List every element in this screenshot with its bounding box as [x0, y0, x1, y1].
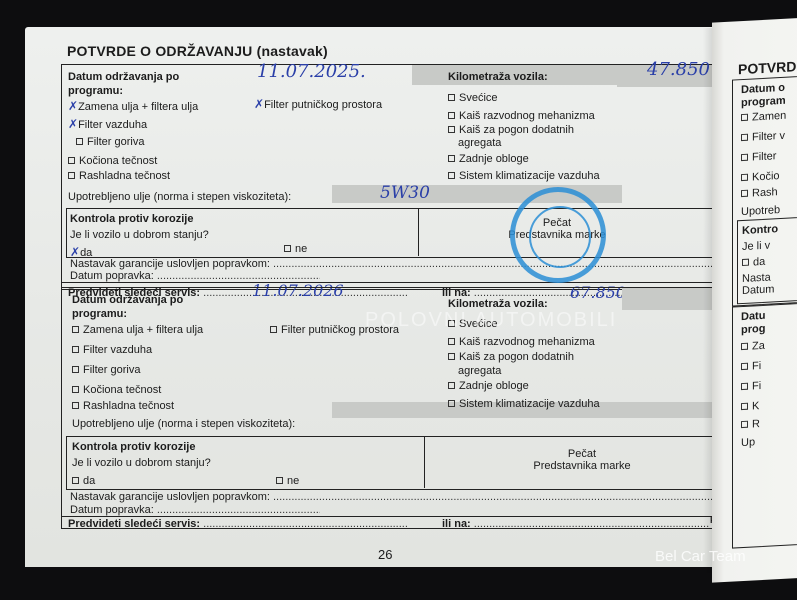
checkbox-ac-system[interactable]: Sistem klimatizacije vazduha: [448, 170, 600, 182]
mileage-value[interactable]: 47.850: [647, 59, 710, 80]
document-page: POTVRDE O ODRŽAVANJU (nastavak) Datum od…: [25, 27, 737, 567]
corrosion-question: Je li vozilo u dobrom stanju?: [70, 229, 209, 241]
warranty-line[interactable]: Nastavak garancije uslovljen popravkom: …: [70, 491, 720, 503]
checkbox-fuel-filter[interactable]: Filter goriva: [72, 364, 140, 376]
text: Datum o: [741, 82, 785, 96]
text: Datu: [741, 310, 765, 323]
checkbox-timing-belt[interactable]: Kaiš razvodnog mehanizma: [448, 110, 595, 122]
oil-label: Upotrebljeno ulje (norma i stepen viskoz…: [68, 191, 291, 203]
divider: [62, 516, 724, 517]
accessory-belt-label-2: agregata: [458, 137, 501, 149]
watermark: Bel Car Team: [655, 548, 746, 565]
maintenance-date-value[interactable]: 11.07.2025.: [257, 61, 366, 82]
checkbox-air-filter[interactable]: ✗Filter vazduha: [68, 117, 147, 131]
text: Upotreb: [741, 204, 780, 218]
text: Fi: [741, 380, 761, 393]
dealer-stamp: [510, 187, 606, 283]
corrosion-question: Je li vozilo u dobrom stanju?: [72, 457, 211, 469]
maintenance-date-label: Datum održavanja po: [72, 294, 183, 306]
text: Zamen: [741, 110, 786, 124]
photo-watermark: POLOVNI AUTOMOBILI: [365, 309, 617, 332]
checkbox-spark-plugs[interactable]: Svećice: [448, 92, 498, 104]
checkbox-rear-pads[interactable]: Zadnje obloge: [448, 380, 529, 392]
text: Up: [741, 436, 755, 449]
corrosion-divider: [424, 436, 425, 488]
corrosion-yes[interactable]: da: [72, 475, 95, 487]
checkbox-accessory-belt[interactable]: Kaiš za pogon dodatnih: [448, 124, 574, 136]
oil-value[interactable]: 5W30: [380, 183, 430, 203]
checkbox-accessory-belt[interactable]: Kaiš za pogon dodatnih: [448, 351, 574, 363]
checkbox-ac-system[interactable]: Sistem klimatizacije vazduha: [448, 398, 600, 410]
checkbox-timing-belt[interactable]: Kaiš razvodnog mehanizma: [448, 336, 595, 348]
checkbox-coolant[interactable]: Rashladna tečnost: [68, 170, 170, 182]
text: Rash: [741, 186, 778, 200]
corrosion-no[interactable]: ne: [276, 475, 299, 487]
corrosion-title: Kontrola protiv korozije: [72, 441, 195, 453]
checkbox-brake-fluid[interactable]: Kočiona tečnost: [68, 155, 157, 167]
checkbox-rear-pads[interactable]: Zadnje obloge: [448, 153, 529, 165]
checkbox-coolant[interactable]: Rashladna tečnost: [72, 400, 174, 412]
page-title: POTVRDE O ODRŽAVANJU (nastavak): [67, 43, 328, 59]
corrosion-no[interactable]: ne: [284, 243, 307, 255]
warranty-line[interactable]: Nastavak garancije uslovljen popravkom: …: [70, 258, 720, 270]
accessory-belt-label-2: agregata: [458, 365, 501, 377]
text: Je li v: [742, 240, 770, 253]
corrosion-yes[interactable]: ✗da: [70, 245, 92, 259]
maintenance-entry-1: Datum održavanja po programu: 11.07.2025…: [61, 64, 725, 290]
next-page-title: POTVRDE: [738, 58, 797, 78]
text: Filter v: [741, 130, 785, 144]
page-number: 26: [378, 547, 392, 562]
maintenance-date-label-2: programu:: [68, 85, 123, 97]
maintenance-date-label: Datum održavanja po: [68, 71, 179, 83]
mileage-label: Kilometraža vozila:: [448, 71, 548, 83]
checkbox-oil-change[interactable]: ✗Zamena ulja + filtera ulja: [68, 99, 198, 113]
text: prog: [741, 323, 765, 336]
text: Za: [741, 340, 765, 353]
stamp-label: PečatPredstavnika marke: [522, 448, 642, 472]
maintenance-date-label-2: programu:: [72, 308, 127, 320]
text: K: [741, 400, 759, 413]
checkbox-oil-change[interactable]: Zamena ulja + filtera ulja: [72, 324, 203, 336]
oil-label: Upotrebljeno ulje (norma i stepen viskoz…: [72, 418, 295, 430]
text: Kontro: [742, 223, 778, 237]
text: Kočio: [741, 170, 780, 184]
text: Fi: [741, 360, 761, 373]
next-page: POTVRDE Datum o program Zamen Filter v F…: [712, 17, 797, 582]
corrosion-divider: [418, 208, 419, 256]
checkbox-fuel-filter[interactable]: Filter goriva: [76, 136, 144, 148]
next-page-entry-1: Datum o program Zamen Filter v Filter Ko…: [732, 75, 797, 307]
checkbox-brake-fluid[interactable]: Kočiona tečnost: [72, 384, 161, 396]
text: R: [741, 418, 760, 431]
text: program: [741, 95, 786, 109]
next-page-entry-2: Datu prog Za Fi Fi K R Up: [732, 302, 797, 549]
next-service-line[interactable]: Predvideti sledeći servis: .............…: [68, 518, 408, 530]
repair-date-line[interactable]: Datum popravka: ........................…: [70, 504, 320, 516]
text: Filter: [741, 150, 776, 164]
text: da: [742, 256, 765, 269]
text: Datum: [742, 283, 774, 297]
corrosion-title: Kontrola protiv korozije: [70, 213, 193, 225]
checkbox-cabin-filter[interactable]: ✗Filter putničkog prostora: [254, 97, 382, 111]
checkbox-air-filter[interactable]: Filter vazduha: [72, 344, 152, 356]
next-service-km-line[interactable]: ili na: ................................…: [442, 518, 710, 530]
